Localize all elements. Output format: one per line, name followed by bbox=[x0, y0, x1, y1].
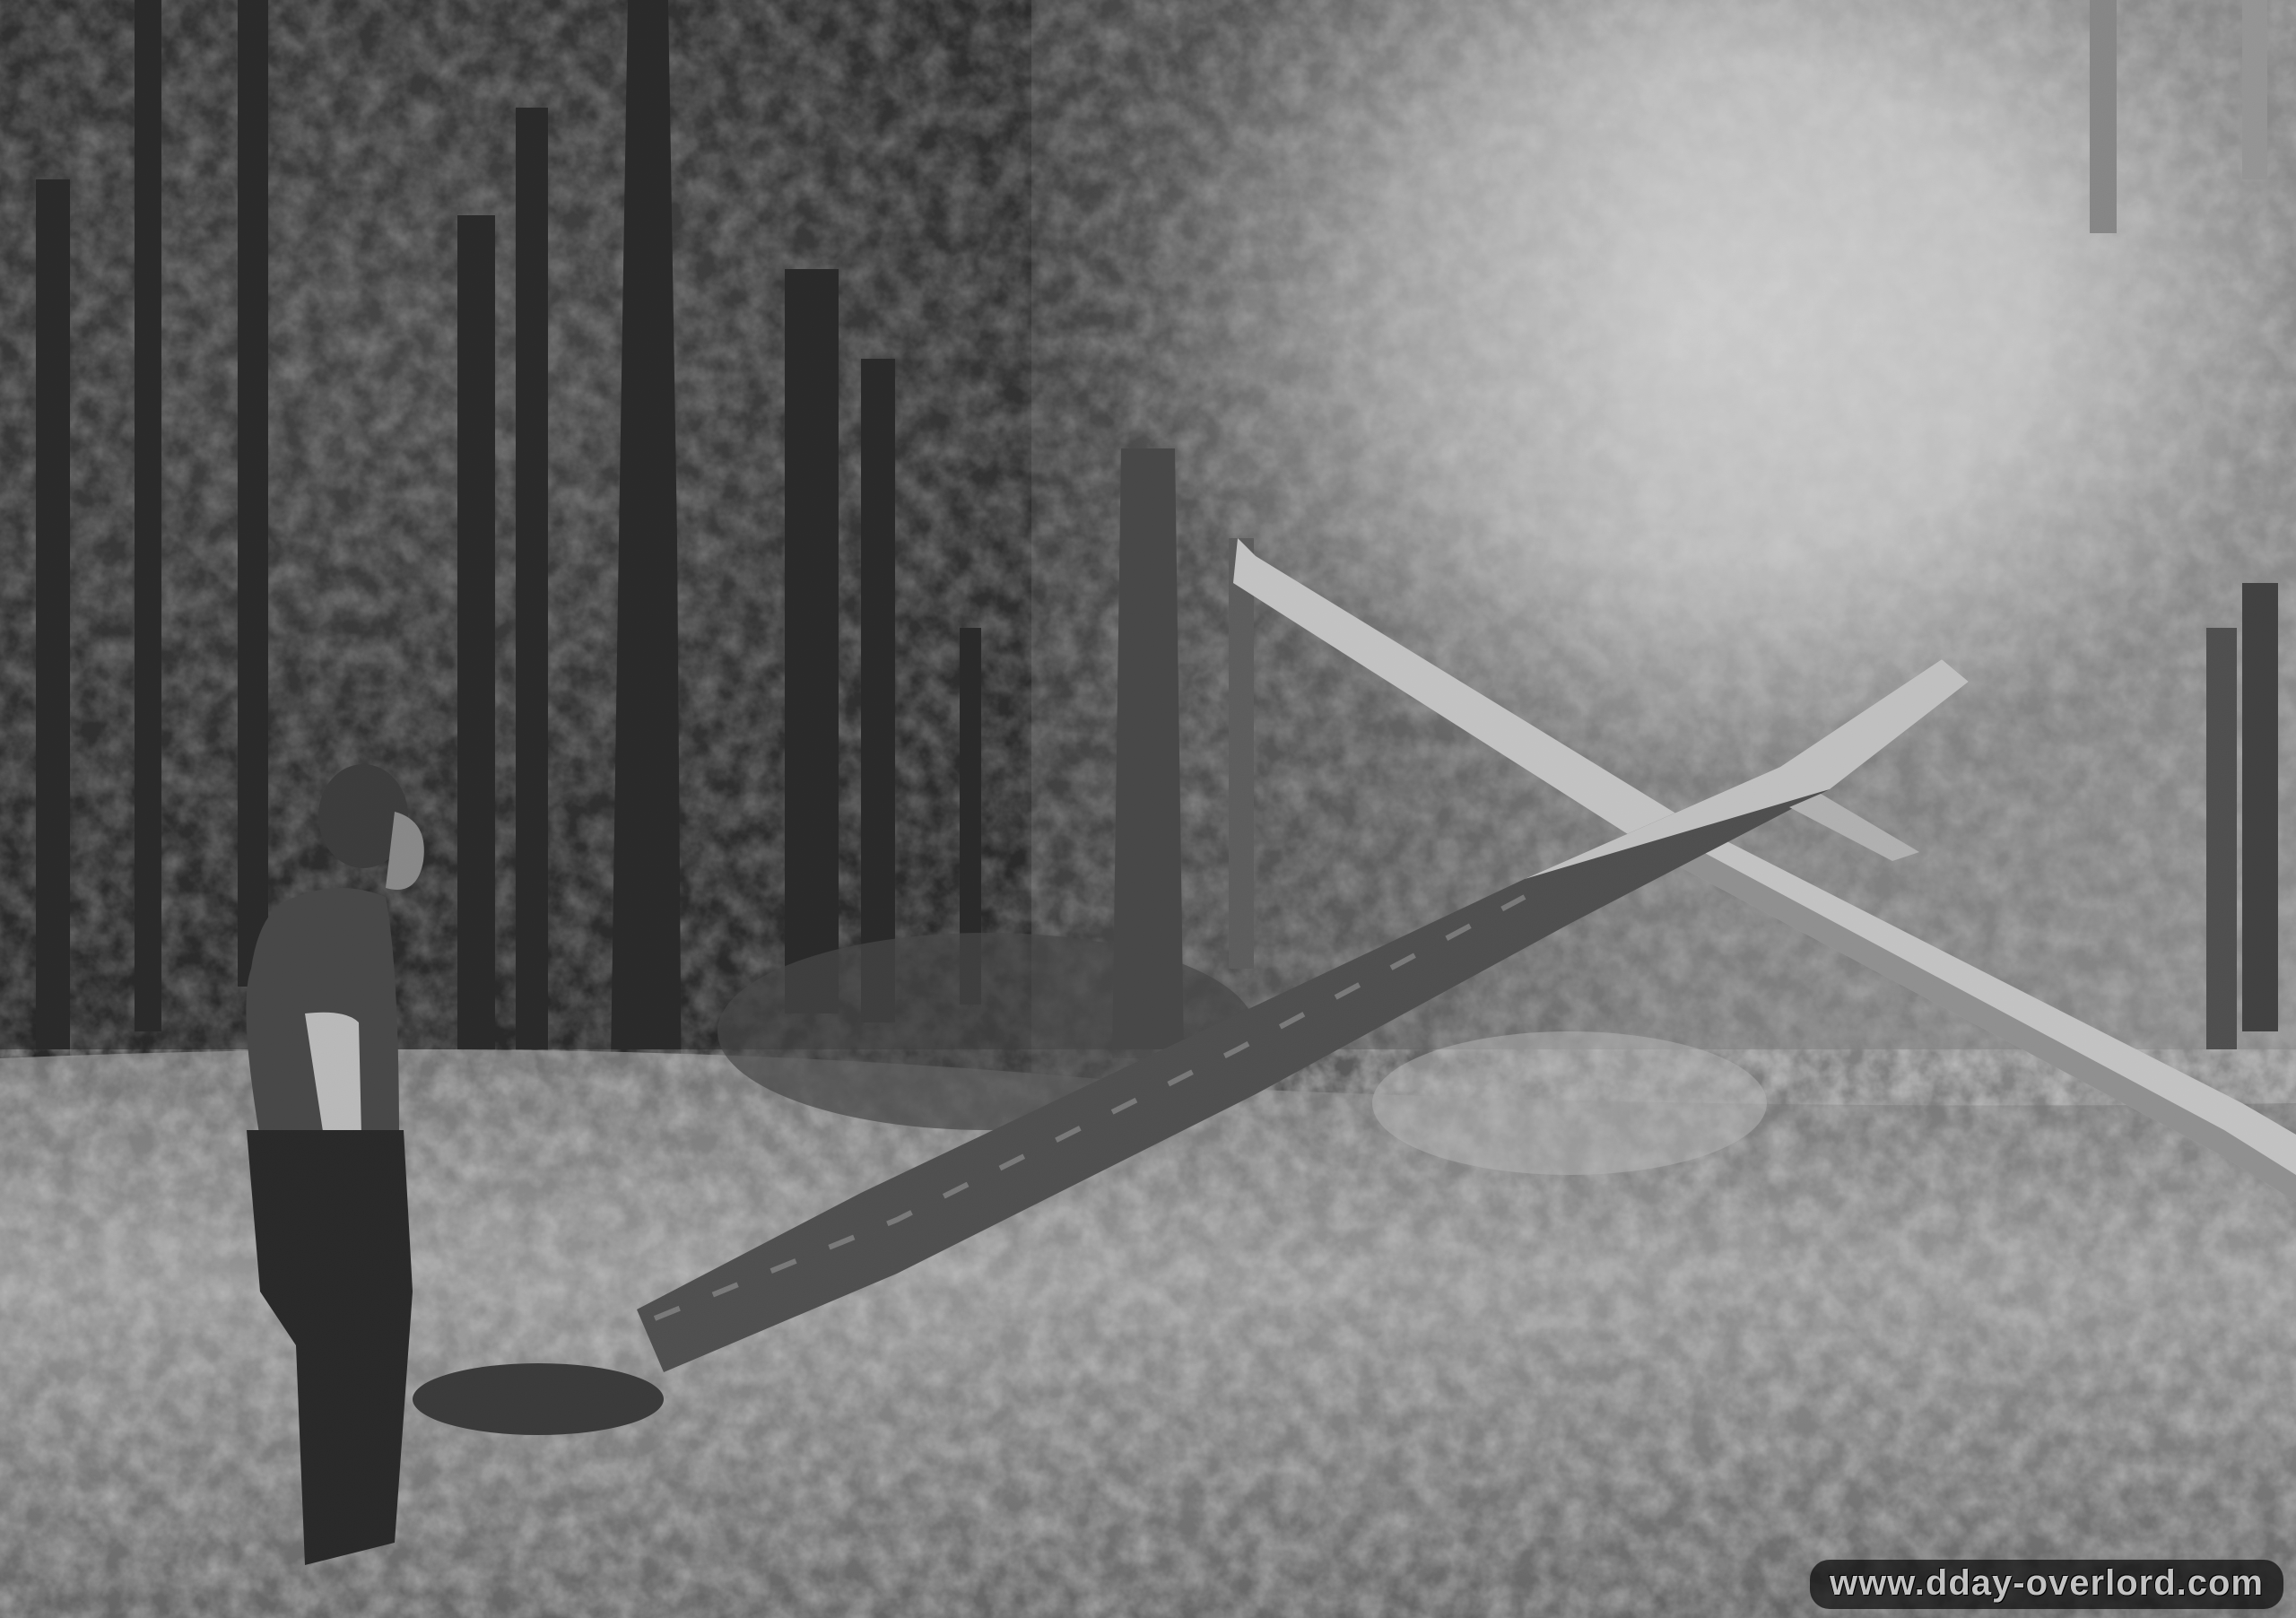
photo-scene bbox=[0, 0, 2296, 1618]
forest-photograph: www.dday-overlord.com bbox=[0, 0, 2296, 1618]
film-grain bbox=[0, 0, 2296, 1618]
watermark: www.dday-overlord.com bbox=[1810, 1560, 2283, 1609]
